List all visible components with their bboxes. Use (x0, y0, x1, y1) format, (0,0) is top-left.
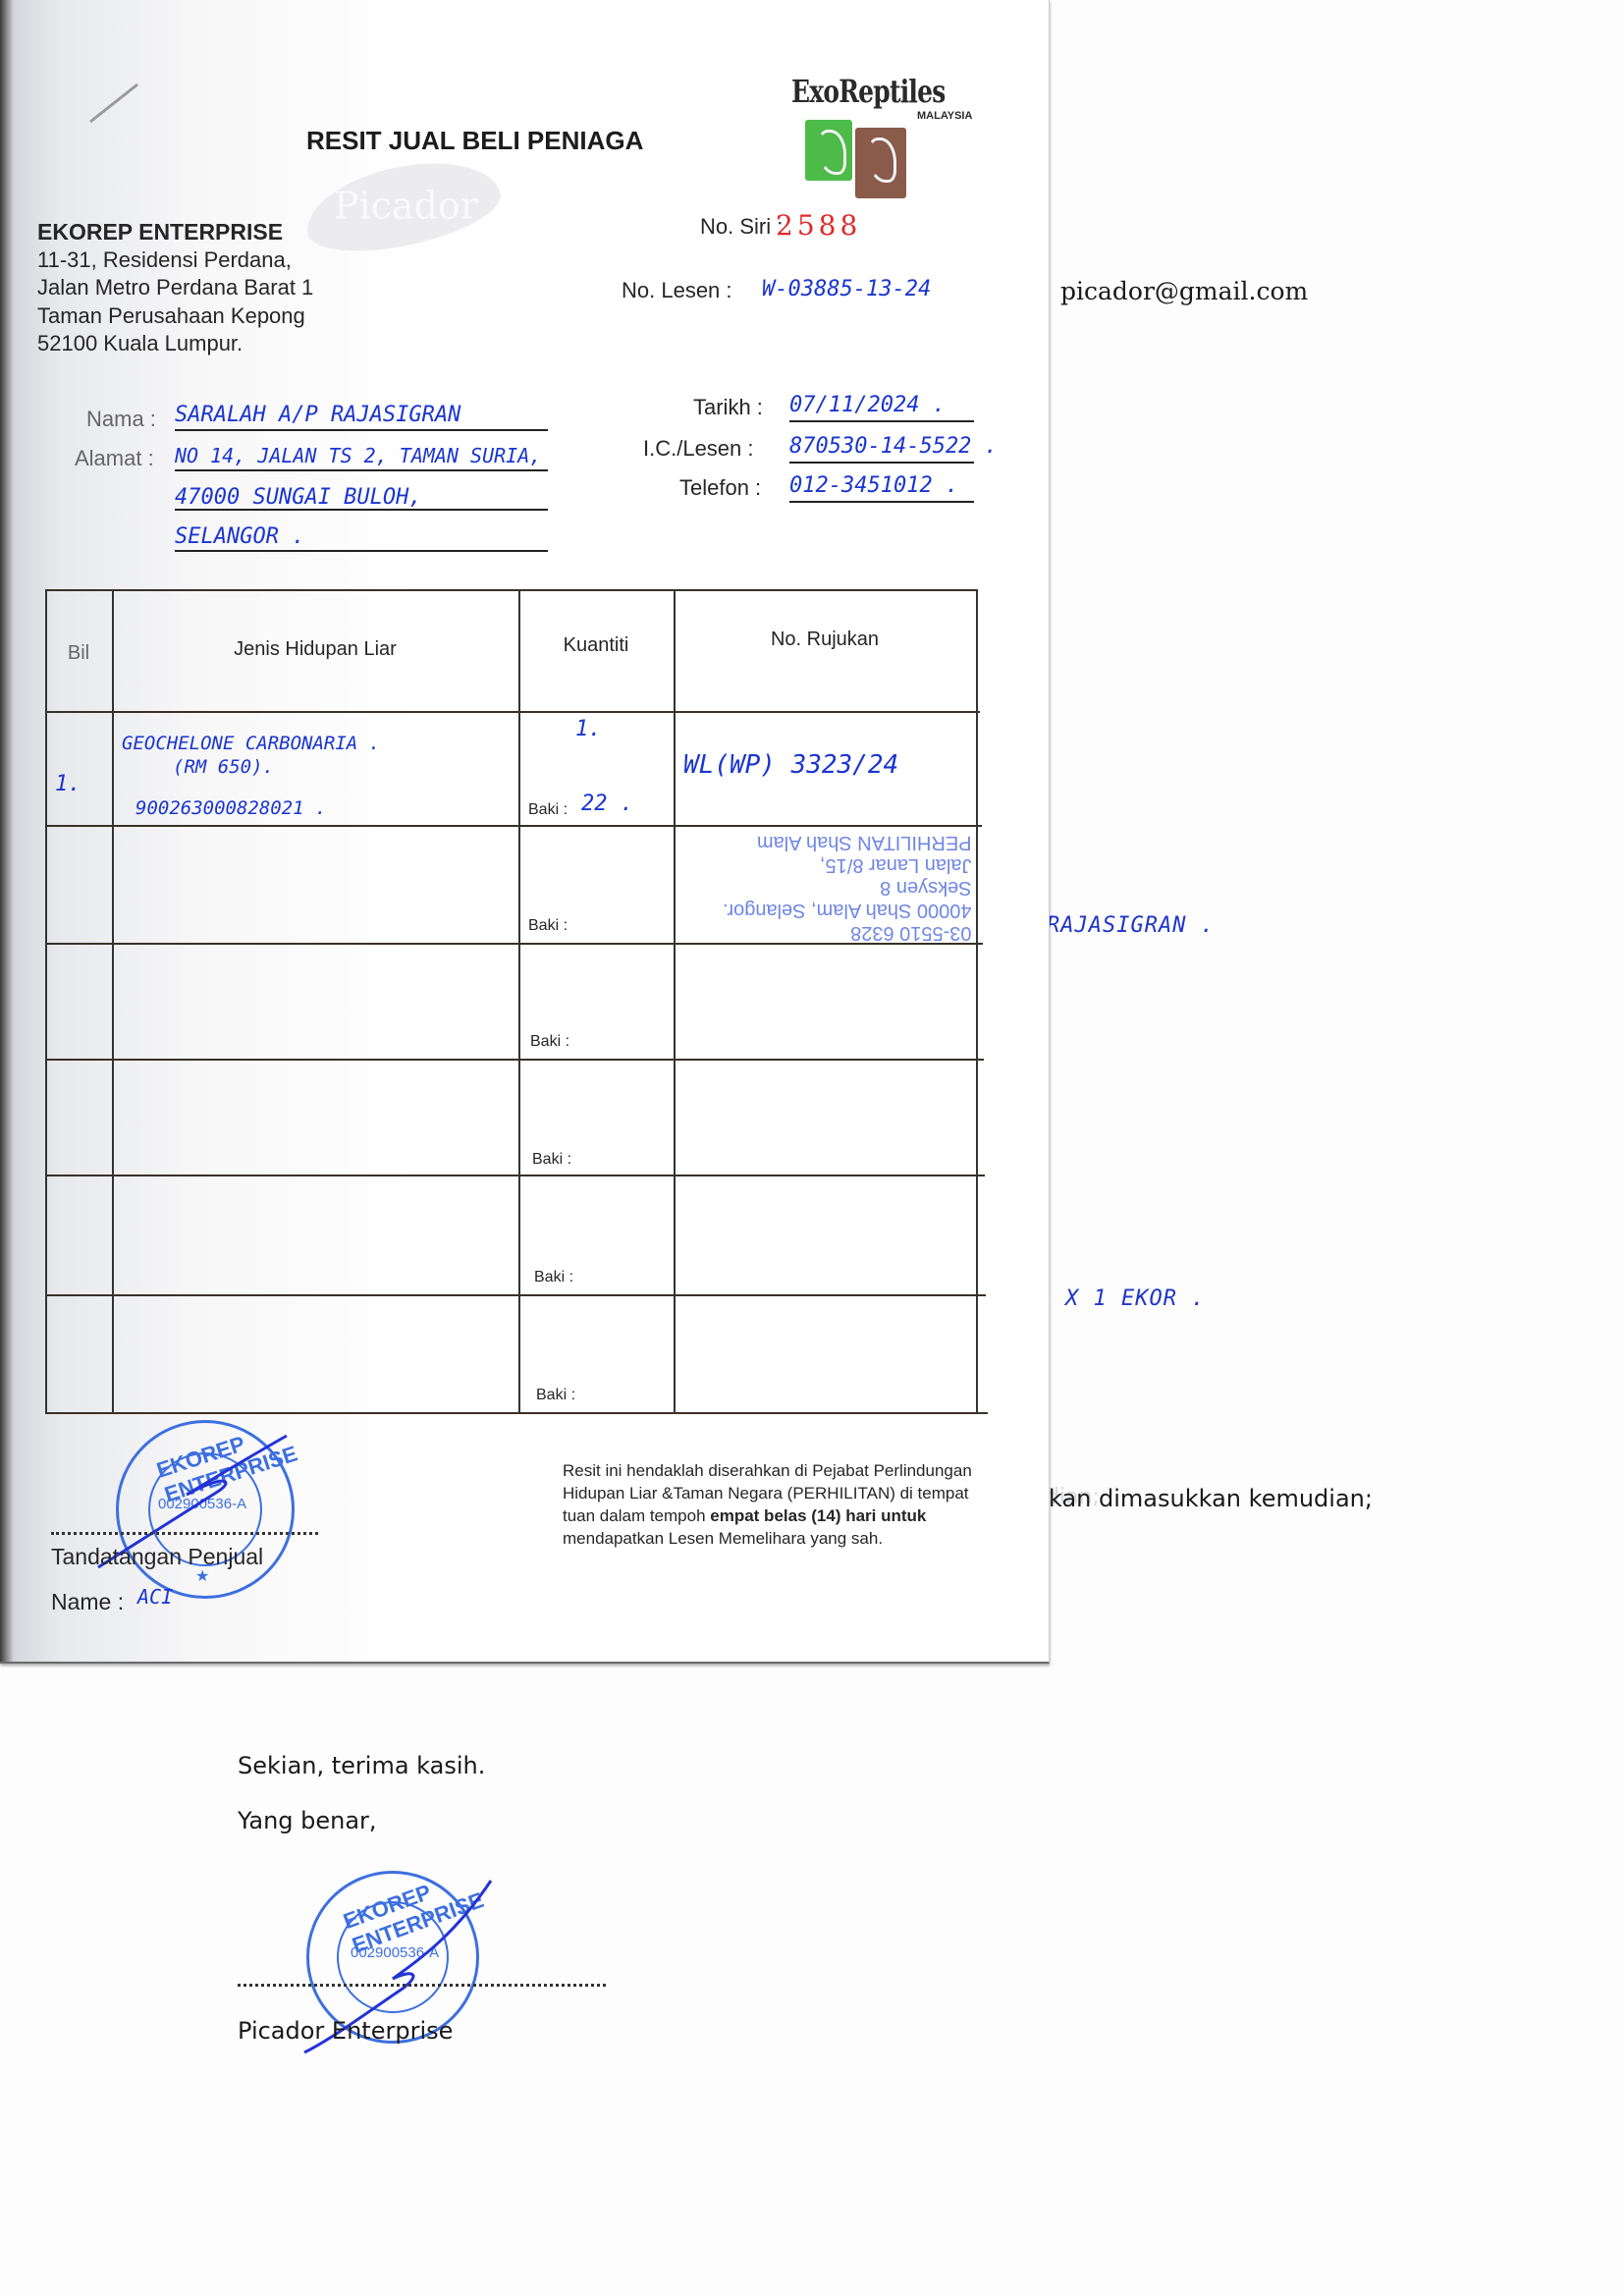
seller-name: ACI (137, 1585, 173, 1609)
letter-clause: kan dimasukkan kemudian; (1049, 1485, 1373, 1512)
gecko-icon (855, 128, 906, 198)
col-header-reference: No. Rujukan (674, 629, 976, 651)
date-label: Tarikh : (693, 395, 763, 420)
baki-label: Baki : (532, 1151, 571, 1169)
submission-notice: Resit ini hendaklah diserahkan di Pejaba… (563, 1459, 975, 1550)
row-1-baki-label: Baki : (528, 801, 568, 819)
row-1-species: GEOCHELONE CARBONARIA . (122, 733, 380, 754)
buyer-address-line: NO 14, JALAN TS 2, TAMAN SURIA, (175, 444, 541, 467)
company-name: EKOREP ENTERPRISE (37, 218, 313, 246)
buyer-address-line: SELANGOR . (175, 524, 304, 549)
serial-label: No. Siri : (700, 214, 783, 240)
picador-watermark: Picador (298, 147, 507, 265)
seller-signature-label: Tandatangan Penjual (51, 1544, 263, 1570)
row-1-quantity: 1. (575, 717, 602, 741)
baki-label: Baki : (530, 1033, 569, 1051)
phone-label: Telefon : (679, 475, 761, 501)
company-block: EKOREP ENTERPRISE 11-31, Residensi Perda… (37, 218, 313, 358)
serial-number: 2588 (776, 209, 861, 242)
seller-name-label: Name : (51, 1589, 124, 1615)
license-label: No. Lesen : (622, 278, 732, 303)
col-header-species: Jenis Hidupan Liar (112, 638, 518, 661)
wildlife-table: Bil Jenis Hidupan Liar Kuantiti No. Ruju… (45, 589, 986, 1416)
buyer-name: SARALAH A/P RAJASIGRAN (175, 403, 460, 427)
phone-value: 012-3451012 . (789, 473, 958, 498)
letter-regards: Yang benar, (238, 1807, 377, 1834)
company-address-line: 52100 Kuala Lumpur. (37, 330, 313, 358)
frog-icon (805, 120, 852, 181)
row-1-reference: WL(WP) 3323/24 (683, 750, 898, 780)
baki-label: Baki : (534, 1269, 573, 1286)
signature-line-letter (238, 1984, 606, 1987)
col-header-quantity: Kuantiti (518, 634, 674, 657)
letter-closing: Sekian, terima kasih. (238, 1752, 485, 1779)
baki-label: Baki : (536, 1387, 575, 1404)
letter-signatory: Picador Enterprise (238, 2017, 453, 2045)
ic-value: 870530-14-5522 . (789, 434, 998, 459)
buyer-name-label: Nama : (86, 407, 156, 432)
row-1-baki: 22 . (581, 792, 633, 816)
buyer-address-label: Alamat : (75, 446, 154, 471)
letter-handwritten-name: RAJASIGRAN . (1047, 913, 1215, 938)
seller-signature-line (51, 1532, 318, 1535)
row-1-bil: 1. (55, 772, 81, 796)
company-address-line: Taman Perusahaan Kepong (37, 302, 313, 331)
letter-handwritten-quantity: X 1 EKOR . (1065, 1286, 1205, 1311)
col-header-bil: Bil (45, 642, 112, 665)
buyer-address-line: 47000 SUNGAI BULOH, (175, 485, 422, 510)
receipt-title: RESIT JUAL BELI PENIAGA (306, 126, 643, 156)
baki-label: Baki : (528, 917, 568, 935)
company-address-line: 11-31, Residensi Perdana, (37, 246, 313, 275)
letter-email: picador@gmail.com (1060, 277, 1308, 305)
license-number: W-03885-13-24 (762, 277, 931, 301)
row-1-price: (RM 650). (173, 756, 274, 778)
ic-label: I.C./Lesen : (643, 436, 754, 462)
company-address-line: Jalan Metro Perdana Barat 1 (37, 274, 313, 302)
mirrored-perhilitan-stamp: 03-5510 6328 40000 Shah Alam, Selangor. … (723, 831, 972, 944)
row-1-microchip: 900263000828021 . (135, 797, 326, 819)
sales-receipt: RESIT JUAL BELI PENIAGA Picador ExoRepti… (0, 0, 1050, 1664)
pen-mark (86, 79, 145, 128)
exoreptiles-logo: ExoReptiles MALAYSIA (791, 73, 968, 200)
date-value: 07/11/2024 . (789, 393, 946, 417)
